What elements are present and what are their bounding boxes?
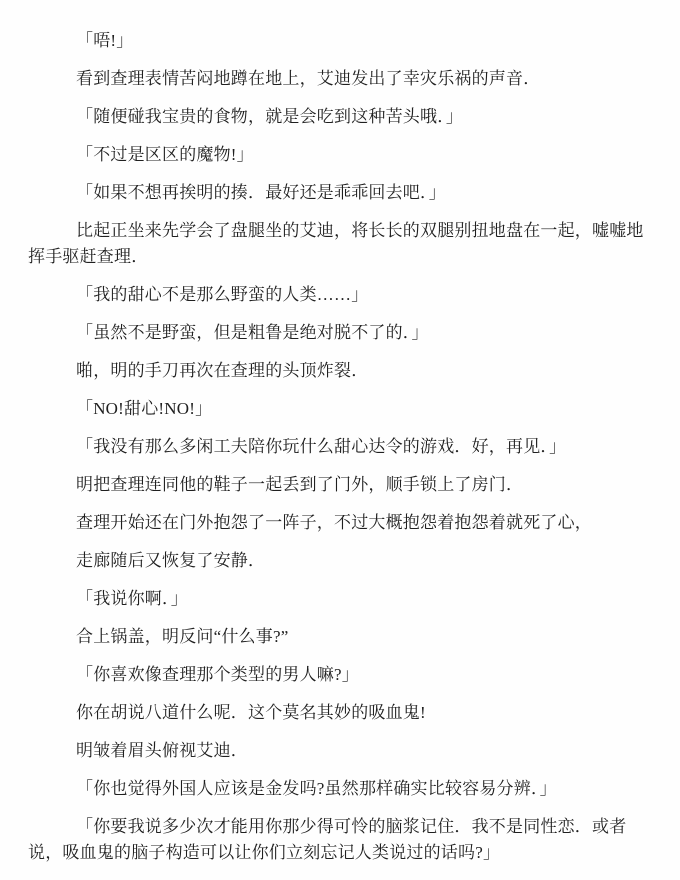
paragraph: 「你也觉得外国人应该是金发吗?虽然那样确实比较容易分辨．」	[28, 776, 652, 802]
paragraph: 「虽然不是野蛮，但是粗鲁是绝对脱不了的．」	[28, 320, 652, 346]
paragraph: 「我说你啊．」	[28, 586, 652, 612]
paragraph: 啪，明的手刀再次在查理的头顶炸裂．	[28, 358, 652, 384]
paragraph: 看到查理表情苦闷地蹲在地上，艾迪发出了幸灾乐祸的声音．	[28, 66, 652, 92]
paragraph: 明把查理连同他的鞋子一起丢到了门外，顺手锁上了房门．	[28, 472, 652, 498]
novel-page: 「唔!」 看到查理表情苦闷地蹲在地上，艾迪发出了幸灾乐祸的声音． 「随便碰我宝贵…	[0, 0, 680, 880]
paragraph: 「随便碰我宝贵的食物，就是会吃到这种苦头哦．」	[28, 104, 652, 130]
paragraph: 「你要我说多少次才能用你那少得可怜的脑浆记住．我不是同性恋．或者说，吸血鬼的脑子…	[28, 814, 652, 866]
paragraph: 「如果不想再挨明的揍．最好还是乖乖回去吧．」	[28, 180, 652, 206]
paragraph: 比起正坐来先学会了盘腿坐的艾迪，将长长的双腿别扭地盘在一起，嘘嘘地挥手驱赶查理．	[28, 218, 652, 270]
paragraph: 「你喜欢像查理那个类型的男人嘛?」	[28, 662, 652, 688]
paragraph: 「NO!甜心!NO!」	[28, 396, 652, 422]
paragraph: 「唔!」	[28, 28, 652, 54]
paragraph: 查理开始还在门外抱怨了一阵子，不过大概抱怨着抱怨着就死了心，	[28, 510, 652, 536]
paragraph: 「我没有那么多闲工夫陪你玩什么甜心达令的游戏．好，再见．」	[28, 434, 652, 460]
paragraph: 合上锅盖，明反问“什么事?”	[28, 624, 652, 650]
paragraph: 明皱着眉头俯视艾迪．	[28, 738, 652, 764]
paragraph: 「不过是区区的魔物!」	[28, 142, 652, 168]
paragraph: 走廊随后又恢复了安静．	[28, 548, 652, 574]
paragraph: 你在胡说八道什么呢．这个莫名其妙的吸血鬼!	[28, 700, 652, 726]
paragraph: 「我的甜心不是那么野蛮的人类……」	[28, 282, 652, 308]
